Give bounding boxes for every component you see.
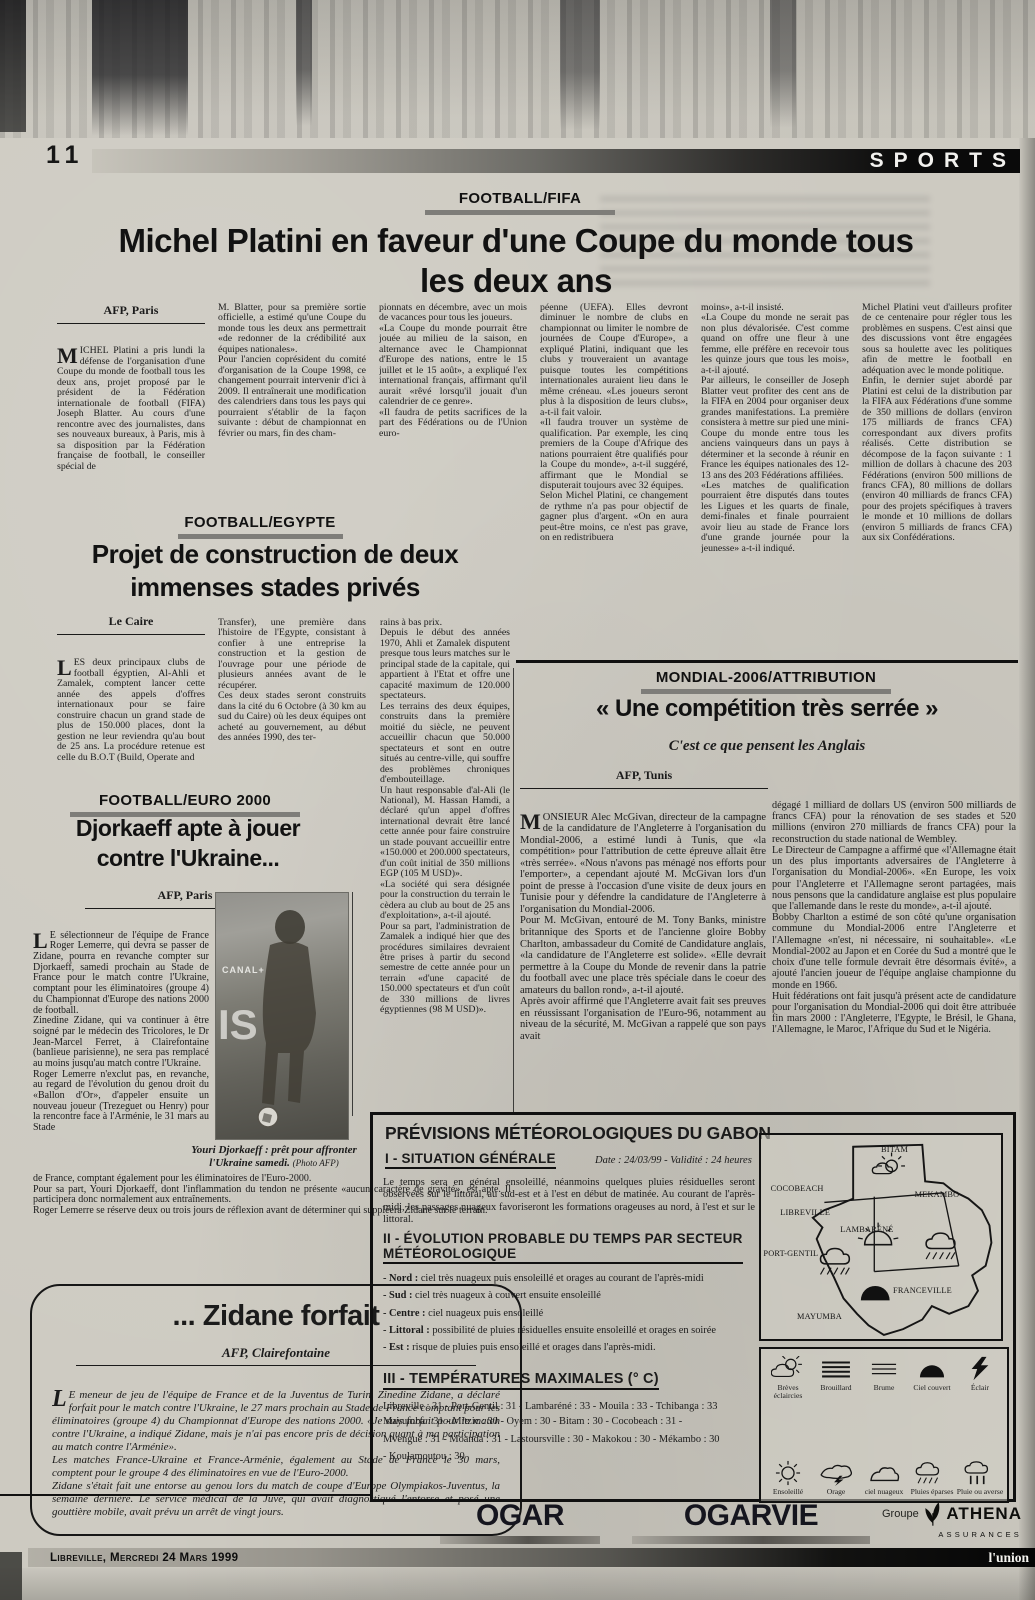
- scan-blob: [0, 1552, 22, 1600]
- article-text: E sélectionneur de l'équipe de France Ro…: [33, 930, 209, 1133]
- legend-label: ciel nuageux: [860, 1488, 908, 1496]
- euro2000-headline-line2: contre l'Ukraine...: [28, 846, 348, 870]
- footer-bar: Libreville, Mercredi 24 Mars 1999 l'unio…: [28, 1548, 1035, 1567]
- overcast-icon: [861, 1286, 890, 1300]
- legend-item: Ensoleillé: [764, 1460, 812, 1496]
- meteo-title: PRÉVISIONS MÉTÉOROLOGIQUES DU GABON: [385, 1123, 771, 1144]
- athena-leaf-icon: [922, 1499, 944, 1529]
- sector-item: - Est : risque de pluies puis ensoleillé…: [383, 1342, 755, 1354]
- legend-label: Éclair: [956, 1384, 1004, 1392]
- brand-lunion: l'union: [988, 1550, 1035, 1566]
- footer-date: Libreville, Mercredi 24 Mars 1999: [28, 1552, 238, 1564]
- mondial-column-2: dégagé 1 milliard de dollars US (environ…: [772, 800, 1016, 1110]
- photo-caption: Youri Djorkaeff : prêt pour affronter l'…: [188, 1144, 360, 1170]
- caption-credit: (Photo AFP): [293, 1158, 339, 1168]
- sector-item: - Nord : ciel très nuageux puis ensoleil…: [383, 1273, 755, 1285]
- ads-rule: [0, 1494, 370, 1496]
- meteo-section3-title: III - TEMPÉRATURES MAXIMALES (° C): [383, 1371, 659, 1390]
- drop-cap: L: [33, 931, 50, 950]
- storm-icon: [819, 1460, 853, 1486]
- scan-blob: [0, 0, 26, 132]
- meteo-section1-title: I - SITUATION GÉNÉRALE: [385, 1151, 556, 1169]
- scan-streak: [560, 0, 600, 130]
- city-label: FRANCEVILLE: [893, 1286, 952, 1295]
- page-edge: [0, 1568, 1035, 1600]
- legend-label: Ensoleillé: [764, 1488, 812, 1496]
- sun-cloud-icon: [771, 1356, 805, 1382]
- fifa-headline-line1: Michel Platini en faveur d'une Coupe du …: [40, 224, 992, 259]
- city-label: BITAM: [881, 1145, 908, 1154]
- ad-underline: [632, 1536, 870, 1544]
- legend-label: Brèves éclaircies: [764, 1384, 812, 1401]
- fifa-column-6: Michel Platini veut d'ailleurs profiter …: [862, 303, 1012, 665]
- legend-label: Brouillard: [812, 1384, 860, 1392]
- legend-item: Pluies éparses: [908, 1460, 956, 1496]
- drop-cap: M: [520, 812, 543, 831]
- meteo-situation-text: Le temps sera en général ensoleillé, néa…: [383, 1177, 755, 1226]
- egypte-column-1: LES deux principaux clubs de football ég…: [57, 648, 205, 788]
- cloud-icon: [867, 1460, 901, 1486]
- kicker-underline: [641, 689, 891, 694]
- weather-map-box: BITAM COCOBEACH MEKAMBO LIBREVILLE LAMBA…: [759, 1133, 1003, 1341]
- sun-icon: [771, 1460, 805, 1486]
- kicker-underline: [425, 210, 615, 215]
- athena-name-label: ATHENA: [946, 1504, 1022, 1524]
- ogarvie-ad: OGARVIE: [632, 1499, 870, 1544]
- legend-item: ciel nuageux: [860, 1460, 908, 1496]
- djorkaeff-photo: CANAL+ IS: [215, 892, 349, 1140]
- legend-label: Orage: [812, 1488, 860, 1496]
- sector-item: - Sud : ciel très nuageux à couvert ensu…: [383, 1290, 755, 1302]
- meteo-temperatures: Libreville : 31 - Port-Gentil : 31 - Lam…: [383, 1401, 757, 1463]
- legend-item: Pluie ou averse: [956, 1460, 1004, 1496]
- ad-underline: [440, 1536, 600, 1544]
- drop-cap: M: [57, 346, 80, 365]
- article-text: ICHEL Platini a pris lundi la défense de…: [57, 345, 205, 471]
- city-label: MEKAMBO: [915, 1190, 960, 1199]
- legend-item: Brèves éclaircies: [764, 1356, 812, 1401]
- weather-legend-box: Brèves éclaircies Brouillard Brume Ciel …: [759, 1347, 1009, 1503]
- photo-board-text: CANAL+: [222, 965, 265, 975]
- scan-streak: [92, 0, 188, 136]
- section-label: SPORTS: [870, 149, 1020, 173]
- sun-cloud-icon: [872, 1153, 905, 1174]
- article-text: ES deux principaux clubs de football égy…: [57, 657, 205, 762]
- city-label: LAMBARÉNÉ: [840, 1225, 893, 1234]
- meteo-sector-list: - Nord : ciel très nuageux puis ensoleil…: [383, 1273, 755, 1359]
- athena-assurances-label: ASSURANCES: [882, 1530, 1022, 1539]
- meteo-section2-title: II - ÉVOLUTION PROBABLE DU TEMPS PAR SEC…: [383, 1231, 743, 1264]
- athena-ad: Groupe ATHENA ASSURANCES: [882, 1499, 1022, 1539]
- legend-label: Ciel couvert: [908, 1384, 956, 1392]
- city-label: COCOBEACH: [771, 1184, 824, 1193]
- mondial-column-1: MONSIEUR Alec McGivan, directeur de la c…: [520, 800, 766, 1110]
- photo-board-text: IS: [218, 1001, 258, 1049]
- legend-label: Pluie ou averse: [956, 1488, 1004, 1496]
- column-rule: [352, 892, 353, 1116]
- drop-cap: L: [57, 658, 74, 677]
- fog-icon: [819, 1356, 853, 1382]
- fifa-column-2: M. Blatter, pour sa première sortie offi…: [218, 303, 366, 513]
- fifa-byline: AFP, Paris: [57, 303, 205, 324]
- scattered-rain-icon: [915, 1460, 949, 1486]
- article-text: ONSIEUR Alec McGivan, directeur de la ca…: [520, 812, 766, 1042]
- meteo-date: Date : 24/03/99 - Validité : 24 heures: [595, 1155, 752, 1166]
- city-label: PORT-GENTIL: [763, 1249, 818, 1258]
- mondial-byline: AFP, Tunis: [520, 768, 768, 789]
- mondial-headline: « Une compétition très serrée »: [516, 696, 1018, 721]
- temperature-line: Mayumba : 31 - Mitzic : 30 - Oyem : 30 -…: [383, 1416, 757, 1428]
- egypte-kicker: FOOTBALL/EGYPTE: [150, 514, 370, 539]
- meteo-box: PRÉVISIONS MÉTÉOROLOGIQUES DU GABON I - …: [370, 1112, 1016, 1502]
- euro2000-kicker: FOOTBALL/EURO 2000: [60, 792, 310, 817]
- rain-cloud-icon: [926, 1233, 955, 1259]
- fifa-column-3: pionnats en décembre, avec un mois de va…: [379, 303, 527, 513]
- egypte-headline-line1: Projet de construction de deux: [40, 541, 510, 568]
- page-edge: [1019, 138, 1035, 1600]
- mondial-subhead: C'est ce que pensent les Anglais: [516, 738, 1018, 755]
- egypte-headline-line2: immenses stades privés: [40, 574, 510, 601]
- scan-streak: [296, 0, 312, 126]
- euro2000-headline-line1: Djorkaeff apte à jouer: [28, 816, 348, 840]
- legend-label: Pluies éparses: [908, 1488, 956, 1496]
- fifa-column-4: péenne (UEFA). Elles devront diminuer le…: [540, 303, 688, 661]
- city-label: LIBREVILLE: [780, 1208, 830, 1217]
- gabon-map: [761, 1135, 1001, 1339]
- mondial-kicker: MONDIAL-2006/ATTRIBUTION: [566, 669, 966, 694]
- egypte-column-2: Transfer), une première dans l'histoire …: [218, 618, 366, 788]
- page-number: 11: [46, 141, 84, 170]
- overcast-icon: [915, 1356, 949, 1382]
- legend-item: Brume: [860, 1356, 908, 1401]
- section-rule: [516, 660, 1018, 663]
- legend-label: Brume: [860, 1384, 908, 1392]
- sector-item: - Littoral : possibilité de pluies résid…: [383, 1325, 755, 1337]
- legend-item: Ciel couvert: [908, 1356, 956, 1401]
- temperature-line: Mvengué : 31 - Moanda : 31 - Lastoursvil…: [383, 1434, 757, 1446]
- scan-streak: [770, 0, 796, 128]
- temperature-line: Libreville : 31 - Port-Gentil : 31 - Lam…: [383, 1401, 757, 1413]
- sector-item: - Centre : ciel nuageux puis ensoleillé: [383, 1308, 755, 1320]
- euro2000-column: LE sélectionneur de l'équipe de France R…: [33, 920, 209, 1164]
- rain-cloud-icon: [821, 1249, 850, 1275]
- drop-cap: L: [52, 1389, 69, 1410]
- athena-groupe-label: Groupe: [882, 1508, 919, 1520]
- egypte-byline: Le Caire: [57, 614, 205, 635]
- ogar-ad: OGAR: [440, 1499, 600, 1544]
- newspaper-page: 11 SPORTS FOOTBALL/FIFA Michel Platini e…: [0, 0, 1035, 1600]
- city-label: MAYUMBA: [797, 1312, 842, 1321]
- rain-icon: [963, 1460, 997, 1486]
- legend-item: Éclair: [956, 1356, 1004, 1401]
- column-rule: [513, 668, 514, 1114]
- fifa-kicker: FOOTBALL/FIFA: [418, 190, 622, 215]
- fifa-column-1: MICHEL Platini a pris lundi la défense d…: [57, 336, 205, 512]
- egypte-column-3: rains à bas prix. Depuis le début des an…: [380, 618, 510, 1116]
- fifa-headline-line2: les deux ans: [40, 264, 992, 299]
- legend-item: Brouillard: [812, 1356, 860, 1401]
- section-bar: SPORTS: [92, 149, 1020, 173]
- temperature-line: - Koulamoutou : 30: [383, 1451, 757, 1463]
- mist-icon: [867, 1356, 901, 1382]
- lightning-icon: [963, 1356, 997, 1382]
- legend-item: Orage: [812, 1460, 860, 1496]
- fifa-column-5: moins», a-t-il insisté. «La Coupe du mon…: [701, 303, 849, 665]
